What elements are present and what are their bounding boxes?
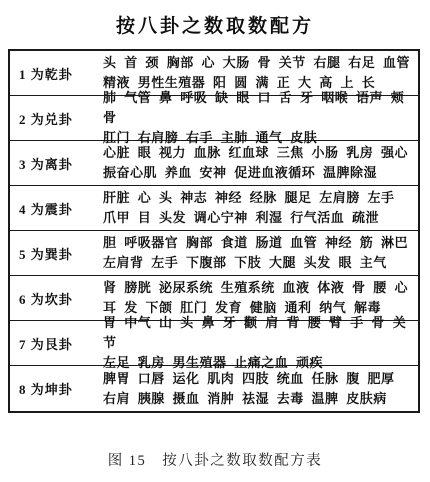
row-content-line1: 头 首 颈 胸部 心 大肠 骨 关节 右腿 右足 血管 bbox=[103, 53, 413, 73]
row-content-line1: 心脏 眼 视力 血脉 红血球 三焦 小肠 乳房 强心 bbox=[103, 143, 413, 163]
row-label: 5 为巽卦 bbox=[10, 244, 103, 263]
table-row: 7 为艮卦 胃 中气 山 头 鼻 牙 颧 肩 背 腰 臂 手 骨 关节 左足 乳… bbox=[10, 321, 418, 366]
document-page: 按八卦之数取数配方 1 为乾卦 头 首 颈 胸部 心 大肠 骨 关节 右腿 右足… bbox=[0, 0, 430, 482]
row-label: 4 为震卦 bbox=[10, 199, 103, 218]
row-content-line1: 胆 呼吸器官 胸部 食道 肠道 血管 神经 筋 淋巴 bbox=[103, 233, 413, 253]
row-content-line1: 肾 膀胱 泌尿系统 生殖系统 血液 体液 骨 腰 心 bbox=[103, 278, 413, 298]
row-content: 肺 气管 鼻 呼吸 缺 眼 口 舌 牙 咽喉 语声 颊骨 肛门 右肩膀 右手 主… bbox=[103, 88, 418, 148]
row-content: 肾 膀胱 泌尿系统 生殖系统 血液 体液 骨 腰 心 耳 发 下颌 肛门 发育 … bbox=[103, 278, 418, 318]
row-content-line1: 胃 中气 山 头 鼻 牙 颧 肩 背 腰 臂 手 骨 关节 bbox=[103, 313, 413, 353]
table-row: 4 为震卦 肝脏 心 头 神志 神经 经脉 腿足 左肩膀 左手 爪甲 目 头发 … bbox=[10, 186, 418, 231]
row-label: 6 为坎卦 bbox=[10, 289, 103, 308]
table-row: 8 为坤卦 脾胃 口唇 运化 肌肉 四肢 统血 任脉 腹 肥厚 右肩 胰腺 摄血… bbox=[10, 366, 418, 411]
row-label: 2 为兑卦 bbox=[10, 109, 103, 128]
row-content-line1: 脾胃 口唇 运化 肌肉 四肢 统血 任脉 腹 肥厚 bbox=[103, 369, 413, 389]
figure-caption: 图 15 按八卦之数取数配方表 bbox=[0, 449, 430, 470]
row-label: 8 为坤卦 bbox=[10, 379, 103, 398]
row-content-line2: 振奋心肌 养血 安神 促进血液循环 温脾除湿 bbox=[103, 163, 413, 183]
table-row: 2 为兑卦 肺 气管 鼻 呼吸 缺 眼 口 舌 牙 咽喉 语声 颊骨 肛门 右肩… bbox=[10, 96, 418, 141]
page-title: 按八卦之数取数配方 bbox=[0, 0, 430, 38]
row-content: 胃 中气 山 头 鼻 牙 颧 肩 背 腰 臂 手 骨 关节 左足 乳房 男生殖器… bbox=[103, 313, 418, 373]
row-content: 脾胃 口唇 运化 肌肉 四肢 统血 任脉 腹 肥厚 右肩 胰腺 摄血 消肿 祛湿… bbox=[103, 369, 418, 409]
row-label: 7 为艮卦 bbox=[10, 334, 103, 353]
row-content-line2: 爪甲 目 头发 调心宁神 利湿 行气活血 疏泄 bbox=[103, 208, 413, 228]
row-label: 1 为乾卦 bbox=[10, 64, 103, 83]
row-content: 肝脏 心 头 神志 神经 经脉 腿足 左肩膀 左手 爪甲 目 头发 调心宁神 利… bbox=[103, 188, 418, 228]
row-content: 头 首 颈 胸部 心 大肠 骨 关节 右腿 右足 血管 精液 男性生殖器 阳 圆… bbox=[103, 53, 418, 93]
table-row: 5 为巽卦 胆 呼吸器官 胸部 食道 肠道 血管 神经 筋 淋巴 左肩背 左手 … bbox=[10, 231, 418, 276]
row-content: 胆 呼吸器官 胸部 食道 肠道 血管 神经 筋 淋巴 左肩背 左手 下腹部 下肢… bbox=[103, 233, 418, 273]
row-content-line1: 肝脏 心 头 神志 神经 经脉 腿足 左肩膀 左手 bbox=[103, 188, 413, 208]
row-content: 心脏 眼 视力 血脉 红血球 三焦 小肠 乳房 强心 振奋心肌 养血 安神 促进… bbox=[103, 143, 418, 183]
row-content-line2: 左肩背 左手 下腹部 下肢 大腿 头发 眼 主气 bbox=[103, 253, 413, 273]
row-content-line2: 右肩 胰腺 摄血 消肿 祛湿 去毒 温脾 皮肤病 bbox=[103, 389, 413, 409]
bagua-table: 1 为乾卦 头 首 颈 胸部 心 大肠 骨 关节 右腿 右足 血管 精液 男性生… bbox=[8, 49, 420, 413]
row-label: 3 为离卦 bbox=[10, 154, 103, 173]
row-content-line1: 肺 气管 鼻 呼吸 缺 眼 口 舌 牙 咽喉 语声 颊骨 bbox=[103, 88, 413, 128]
table-row: 3 为离卦 心脏 眼 视力 血脉 红血球 三焦 小肠 乳房 强心 振奋心肌 养血… bbox=[10, 141, 418, 186]
